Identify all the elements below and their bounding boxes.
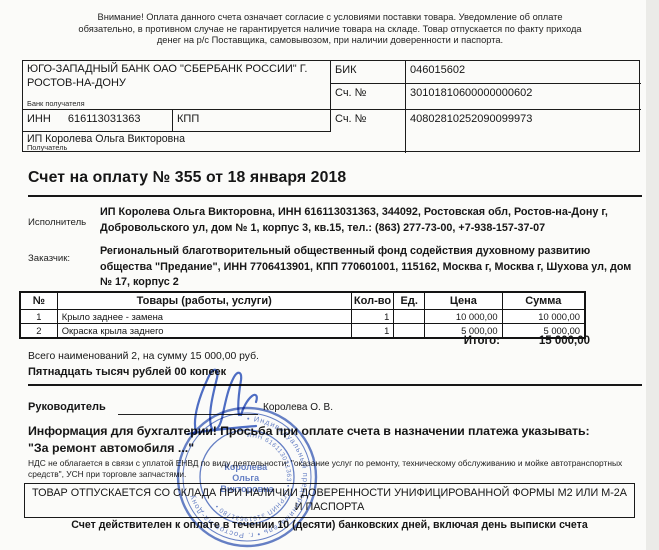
stamp-center-line3: Викторовна — [220, 484, 274, 494]
scan-edge — [646, 0, 659, 550]
corr-account-value-cell: 30101810600000000602 — [406, 84, 641, 110]
row-qty: 1 — [352, 310, 395, 323]
bank-name: ЮГО-ЗАПАДНЫЙ БАНК ОАО "СБЕРБАНК РОССИИ" … — [23, 61, 330, 90]
items-table: № Товары (работы, услуги) Кол-во Ед. Цен… — [19, 291, 586, 339]
vat-note: НДС не облагается в связи с уплатой ЕНВД… — [28, 458, 641, 479]
stamp-center-line1: Королева — [224, 462, 268, 472]
table-row: 1 Крыло заднее - замена 1 10 000,00 10 0… — [21, 310, 584, 324]
row-unit — [394, 310, 425, 323]
director-label: Руководитель — [28, 401, 106, 413]
section-divider — [28, 384, 642, 386]
scanned-invoice-page: Внимание! Оплата данного счета означает … — [0, 0, 659, 550]
col-header-number: № — [21, 293, 58, 309]
payment-warning-note: Внимание! Оплата данного счета означает … — [68, 12, 592, 47]
total-value: 15 000,00 — [498, 335, 590, 347]
recipient-name: ИП Королева Ольга Викторовна — [23, 132, 331, 145]
executor-label: Исполнитель — [28, 217, 86, 228]
row-sum: 10 000,00 — [503, 310, 584, 323]
row-goods: Окраска крыла заднего — [58, 324, 352, 337]
col-header-qty: Кол-во — [352, 293, 395, 309]
account-label-cell: Сч. № — [331, 110, 406, 153]
row-number: 2 — [21, 324, 58, 337]
row-goods: Крыло заднее - замена — [58, 310, 352, 323]
inn-label: ИНН — [27, 113, 51, 125]
recipient-cell: ИП Королева Ольга Викторовна Получатель — [23, 132, 331, 153]
col-header-price: Цена — [425, 293, 502, 309]
customer-label: Заказчик: — [28, 253, 70, 264]
stamp-center-line2: Ольга — [232, 473, 260, 483]
col-header-goods: Товары (работы, услуги) — [58, 293, 352, 309]
company-stamp: • Индивидуальный предприниматель • г. Ро… — [170, 402, 324, 550]
row-number: 1 — [21, 310, 58, 323]
row-price: 10 000,00 — [425, 310, 502, 323]
svg-text:Королева Ольга: Королева Ольга Викторовна — [220, 462, 274, 494]
title-divider — [28, 195, 642, 197]
recipient-caption: Получатель — [27, 143, 67, 152]
items-table-header: № Товары (работы, услуги) Кол-во Ед. Цен… — [21, 293, 584, 310]
bank-requisites-table: ЮГО-ЗАПАДНЫЙ БАНК ОАО "СБЕРБАНК РОССИИ" … — [22, 60, 640, 152]
bik-label-cell: БИК — [331, 61, 406, 84]
kpp-cell: КПП — [173, 110, 331, 132]
total-label: Итого: — [400, 335, 500, 347]
account-value-cell: 40802810252090099973 — [406, 110, 641, 153]
row-qty: 1 — [352, 324, 395, 337]
customer-details: Региональный благотворительный обществен… — [100, 244, 637, 291]
invoice-title: Счет на оплату № 355 от 18 января 2018 — [28, 169, 346, 187]
corr-account-label-cell: Сч. № — [331, 84, 406, 110]
validity-line: Счет действителен к оплате в течении 10 … — [0, 519, 659, 531]
col-header-sum: Сумма — [503, 293, 584, 309]
bank-name-cell: ЮГО-ЗАПАДНЫЙ БАНК ОАО "СБЕРБАНК РОССИИ" … — [23, 61, 331, 110]
warehouse-notice-box: ТОВАР ОТПУСКАЕТСЯ СО СКЛАДА ПРИ НАЛИЧИИ … — [24, 483, 635, 518]
col-header-unit: Ед. — [394, 293, 425, 309]
bank-name-caption: Банк получателя — [27, 99, 85, 108]
executor-details: ИП Королева Ольга Викторовна, ИНН 616113… — [100, 205, 637, 236]
inn-value: 616113031363 — [68, 113, 141, 125]
inn-cell: ИНН 616113031363 — [23, 110, 173, 132]
bik-value-cell: 046015602 — [406, 61, 641, 84]
